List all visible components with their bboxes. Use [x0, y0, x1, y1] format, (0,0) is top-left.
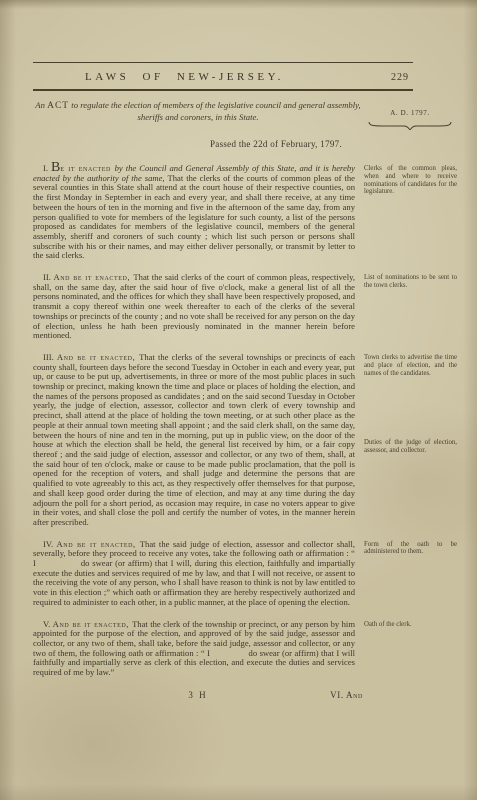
section-2-body: That the said clerks of the court of com…: [33, 272, 355, 340]
section-4-enacting: And be it enacted,: [57, 539, 140, 549]
section-3-notes: Town clerks to advertise the time and pl…: [355, 353, 457, 455]
date-note-text: A. D. 1797.: [390, 109, 429, 117]
section-5-body: That the clerk of the township or precin…: [33, 619, 355, 678]
act-title: An ACT to regulate the election of membe…: [33, 100, 363, 130]
section-3-paragraph: III. And be it enacted, That the clerks …: [33, 353, 355, 528]
section-5-paragraph: V. And be it enacted, That the clerk of …: [33, 620, 355, 678]
section-4: IV. And be it enacted, That the said jud…: [33, 540, 457, 608]
section-1-number: I.: [43, 163, 51, 173]
scanned-page: LAWS OF NEW-JERSEY. 229 An ACT to regula…: [0, 0, 477, 800]
page-content: LAWS OF NEW-JERSEY. 229 An ACT to regula…: [33, 62, 457, 702]
margin-note: Duties of the judge of election, assesso…: [364, 439, 457, 455]
section-4-number: IV.: [43, 539, 57, 549]
margin-note: List of nominations to be sent to the to…: [364, 274, 457, 290]
margin-note: Oath of the clerk.: [364, 621, 457, 629]
act-sections: I. Be it enacted by the Council and Gene…: [33, 164, 457, 678]
section-5-notes: Oath of the clerk.: [355, 620, 457, 629]
act-heading: An ACT to regulate the election of membe…: [33, 100, 457, 130]
section-3-number: III.: [43, 352, 57, 362]
signature-mark: 3 H: [33, 690, 363, 700]
page-footer: 3 H VI. And: [33, 690, 363, 702]
section-4-body: That the said judge of election, assesso…: [33, 539, 355, 607]
section-4-notes: Form of the oath to be administered to t…: [355, 540, 457, 557]
section-5-number: V.: [43, 619, 53, 629]
section-3-enacting: And be it enacted,: [57, 352, 139, 362]
section-1-enacting: e it enacted: [60, 163, 114, 173]
running-head: LAWS OF NEW-JERSEY. 229: [33, 63, 457, 89]
header-rule-bottom: [33, 89, 413, 91]
act-title-pre: An: [35, 100, 47, 110]
section-3: III. And be it enacted, That the clerks …: [33, 353, 457, 528]
date-brace-icon: [366, 121, 454, 130]
act-title-word: ACT: [47, 101, 69, 111]
section-1-notes: Clerks of the common pleas, when and whe…: [355, 164, 457, 196]
section-2-notes: List of nominations to be sent to the to…: [355, 273, 457, 290]
catchword: VI. And: [330, 690, 363, 700]
section-2-paragraph: II. And be it enacted, That the said cle…: [33, 273, 355, 341]
section-2: II. And be it enacted, That the said cle…: [33, 273, 457, 341]
act-title-rest: to regulate the election of members of t…: [69, 100, 361, 122]
section-1-paragraph: I. Be it enacted by the Council and Gene…: [33, 164, 355, 261]
section-1: I. Be it enacted by the Council and Gene…: [33, 164, 457, 261]
margin-note: Form of the oath to be administered to t…: [364, 541, 457, 557]
section-4-paragraph: IV. And be it enacted, That the said jud…: [33, 540, 355, 608]
margin-note: Town clerks to advertise the time and pl…: [364, 354, 457, 377]
section-3-body: That the clerks of the several townships…: [33, 352, 355, 527]
section-5: V. And be it enacted, That the clerk of …: [33, 620, 457, 678]
margin-note: Clerks of the common pleas, when and whe…: [364, 165, 457, 196]
section-5-enacting: And be it enacted,: [53, 619, 132, 629]
section-2-number: II.: [43, 272, 53, 282]
section-2-enacting: And be it enacted,: [53, 272, 133, 282]
section-1-body: That the clerks of the courts of common …: [33, 173, 355, 261]
running-title: LAWS OF NEW-JERSEY.: [85, 71, 284, 83]
page-number: 229: [391, 72, 409, 83]
date-margin-note: A. D. 1797.: [363, 100, 457, 130]
passed-date-line: Passed the 22d of February, 1797.: [33, 139, 457, 149]
